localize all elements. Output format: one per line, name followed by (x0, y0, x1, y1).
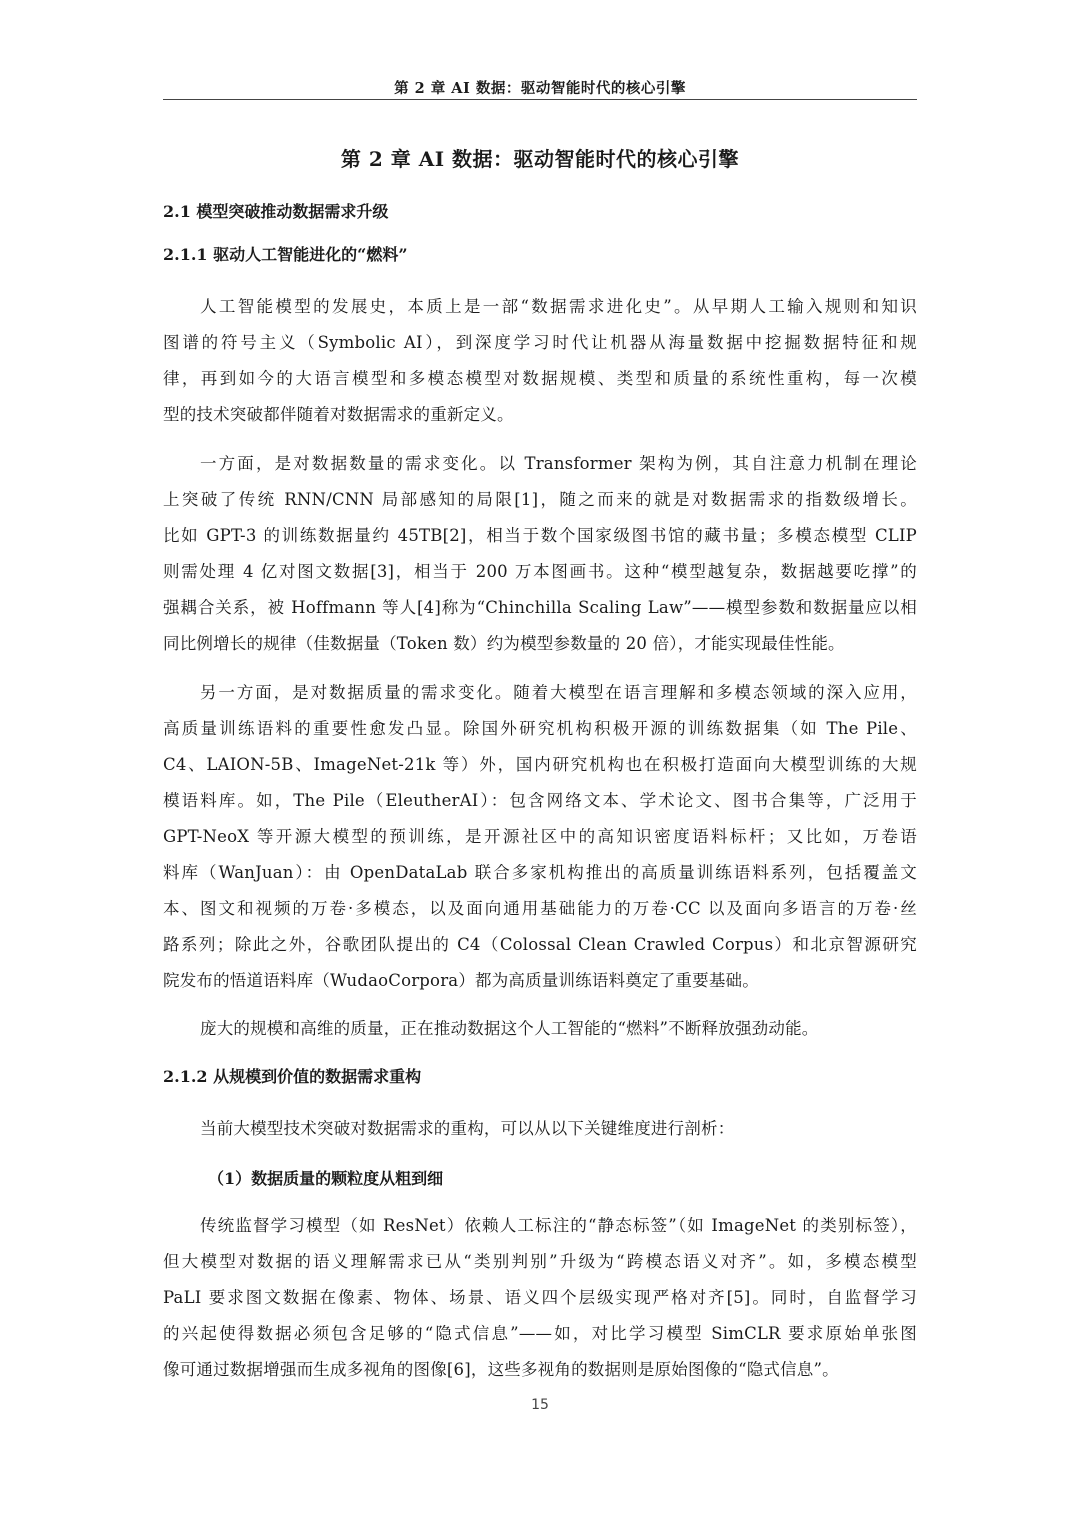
paragraph-2-line: 比如 GPT-3 的训练数据量约 45TB[2]，相当于数个国家级图书馆的藏书量… (163, 526, 917, 546)
paragraph-3-line: C4、LAION-5B、ImageNet-21k 等）外，国内研究机构也在积极打… (163, 755, 917, 775)
paragraph-6-line: 传统监督学习模型（如 ResNet）依赖人工标注的“静态标签”（如 ImageN… (200, 1216, 917, 1236)
paragraph-2-line: 同比例增长的规律（佳数据量（Token 数）约为模型参数量的 20 倍），才能实… (163, 634, 917, 654)
paragraph-6-line: 但大模型对数据的语义理解需求已从“类别判别”升级为“跨模态语义对齐”。如，多模态… (163, 1252, 917, 1272)
paragraph-1-line: 图谱的符号主义（Symbolic AI），到深度学习时代让机器从海量数据中挖掘数… (163, 333, 917, 353)
paragraph-6-line: 的兴起使得数据必须包含足够的“隐式信息”——如，对比学习模型 SimCLR 要求… (163, 1324, 917, 1344)
paragraph-2-line: 则需处理 4 亿对图文数据[3]，相当于 200 万本图画书。这种“模型越复杂，… (163, 562, 917, 582)
document-page: 第 2 章 AI 数据：驱动智能时代的核心引擎 第 2 章 AI 数据：驱动智能… (0, 0, 1080, 1528)
paragraph-3-line: 料库（WanJuan）：由 OpenDataLab 联合多家机构推出的高质量训练… (163, 863, 917, 883)
paragraph-6-line: 像可通过数据增强而生成多视角的图像[6]，这些多视角的数据则是原始图像的“隐式信… (163, 1360, 917, 1380)
paragraph-3-line: 高质量训练语料的重要性愈发凸显。除国外研究机构积极开源的训练数据集（如 The … (163, 719, 917, 739)
paragraph-1-line: 型的技术突破都伴随着对数据需求的重新定义。 (163, 405, 917, 425)
paragraph-6-line: PaLI 要求图文数据在像素、物体、场景、语义四个层级实现严格对齐[5]。同时，… (163, 1288, 917, 1308)
paragraph-2-line: 上突破了传统 RNN/CNN 局部感知的局限[1]，随之而来的就是对数据需求的指… (163, 490, 917, 510)
section-heading-2-1-1: 2.1.1 驱动人工智能进化的“燃料” (163, 242, 408, 265)
paragraph-4-line: 庞大的规模和高维的质量，正在推动数据这个人工智能的“燃料”不断释放强劲动能。 (200, 1019, 917, 1039)
paragraph-3-line: 本、图文和视频的万卷·多模态，以及面向通用基础能力的万卷·CC 以及面向多语言的… (163, 899, 917, 919)
running-header: 第 2 章 AI 数据：驱动智能时代的核心引擎 (163, 77, 917, 98)
paragraph-5-line: 当前大模型技术突破对数据需求的重构，可以从以下关键维度进行剖析： (200, 1119, 917, 1139)
paragraph-2-line: 强耦合关系，被 Hoffmann 等人[4]称为“Chinchilla Scal… (163, 598, 917, 618)
paragraph-3-line: GPT-NeoX 等开源大模型的预训练，是开源社区中的高知识密度语料标杆；又比如… (163, 827, 917, 847)
subsection-heading-1: （1）数据质量的颗粒度从粗到细 (208, 1166, 443, 1189)
paragraph-1-line: 人工智能模型的发展史，本质上是一部“数据需求进化史”。从早期人工输入规则和知识 (200, 297, 917, 317)
header-divider (163, 99, 917, 100)
chapter-title: 第 2 章 AI 数据：驱动智能时代的核心引擎 (163, 143, 917, 172)
paragraph-3-line: 另一方面，是对数据质量的需求变化。随着大模型在语言理解和多模态领域的深入应用， (200, 683, 917, 703)
paragraph-3-line: 院发布的悟道语料库（WudaoCorpora）都为高质量训练语料奠定了重要基础。 (163, 971, 917, 991)
paragraph-3-line: 路系列；除此之外，谷歌团队提出的 C4（Colossal Clean Crawl… (163, 935, 917, 955)
section-heading-2-1: 2.1 模型突破推动数据需求升级 (163, 199, 388, 222)
paragraph-3-line: 模语料库。如，The Pile（EleutherAI）：包含网络文本、学术论文、… (163, 791, 917, 811)
page-number: 15 (500, 1397, 580, 1413)
section-heading-2-1-2: 2.1.2 从规模到价值的数据需求重构 (163, 1064, 421, 1087)
paragraph-2-line: 一方面，是对数据数量的需求变化。以 Transformer 架构为例，其自注意力… (200, 454, 917, 474)
paragraph-1-line: 律，再到如今的大语言模型和多模态模型对数据规模、类型和质量的系统性重构，每一次模 (163, 369, 917, 389)
